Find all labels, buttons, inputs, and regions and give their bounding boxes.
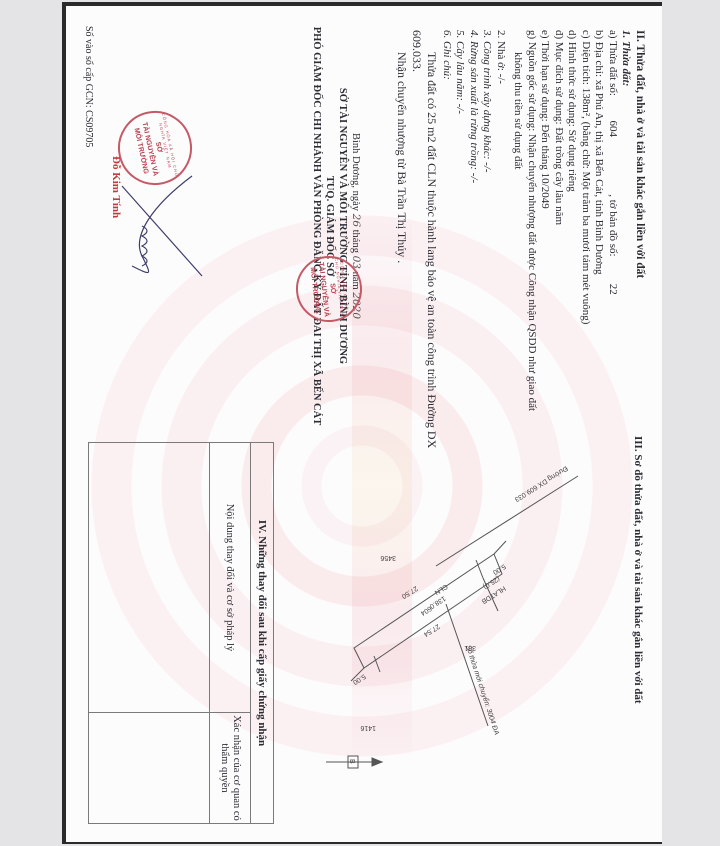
neighbor-3456: 3456 [380, 554, 396, 561]
authority-confirm-cell [89, 713, 209, 823]
signer-name: Đỗ Kim Tính [110, 156, 122, 218]
parcel-label: a) Thửa đất số: [607, 30, 619, 96]
left-length: 27.54 [422, 622, 441, 637]
date-day: 26 [350, 214, 362, 227]
right-length: 27.50 [400, 584, 419, 599]
changes-table: IV. Những thay đổi sau khi cấp giấy chứn… [88, 442, 274, 824]
changes-table-header: Nội dung thay đổi và cơ sở pháp lý Xác n… [209, 443, 250, 823]
back-width: 5.00 [351, 672, 366, 685]
neighbor-1416: 1416 [360, 724, 376, 731]
col-change-content: Nội dung thay đổi và cơ sở pháp lý [210, 443, 250, 713]
parcel-id: 604 [419, 604, 433, 616]
section-plot-diagram: III. Sơ đồ thửa đất, nhà ở và tài sản kh… [632, 436, 644, 816]
document-photo: II. Thửa đất, nhà ở và tài sản khác gắn … [66, 6, 662, 842]
book-number: Số vào sổ cấp GCN: CS09705 [83, 26, 94, 147]
department: SỞ TÀI NGUYÊN VÀ MÔI TRƯỜNG TỈNH BÌNH DƯ… [336, 26, 349, 426]
front-width: 5.00 [491, 562, 506, 575]
handwritten-note: Số thửa mới chuyển: 3004 ĐA [464, 644, 501, 736]
changes-table-body [89, 443, 209, 823]
date-prefix: Bình Dương, ngày [350, 133, 361, 211]
section-4-title: IV. Những thay đổi sau khi cấp giấy chứn… [250, 443, 273, 823]
authority: TUQ. GIÁM ĐỐC SỞ [323, 26, 336, 426]
map-sheet-number: 22 [606, 259, 620, 319]
issue-date: Bình Dương, ngày 26 tháng 03 năm 2020 [349, 26, 362, 426]
north-label: B [348, 759, 355, 764]
change-content-cell [89, 443, 209, 713]
section-3-title: III. Sơ đồ thửa đất, nhà ở và tài sản kh… [632, 436, 644, 816]
signature-block: Bình Dương, ngày 26 tháng 03 năm 2020 SỞ… [310, 26, 362, 426]
map-sheet-label: , tờ bản đồ số: [607, 194, 619, 256]
parcel-number: 604 [606, 99, 620, 159]
month-label: tháng [350, 230, 361, 253]
signer-role: PHÓ GIÁM ĐỐC CHI NHÁNH VĂN PHÒNG ĐĂNG KÝ… [310, 26, 323, 426]
road-label: Đường DX 609.033 [513, 464, 569, 502]
certificate-page: II. Thửa đất, nhà ở và tài sản khác gắn … [66, 6, 662, 842]
col-authority-confirm: Xác nhận của cơ quan có thẩm quyền [210, 713, 250, 823]
parcel-diagram: Đường DX 609.033 5.00 (25.0) HLATDB CLN … [286, 436, 626, 836]
stamp-line-1: SỞ [328, 283, 338, 295]
